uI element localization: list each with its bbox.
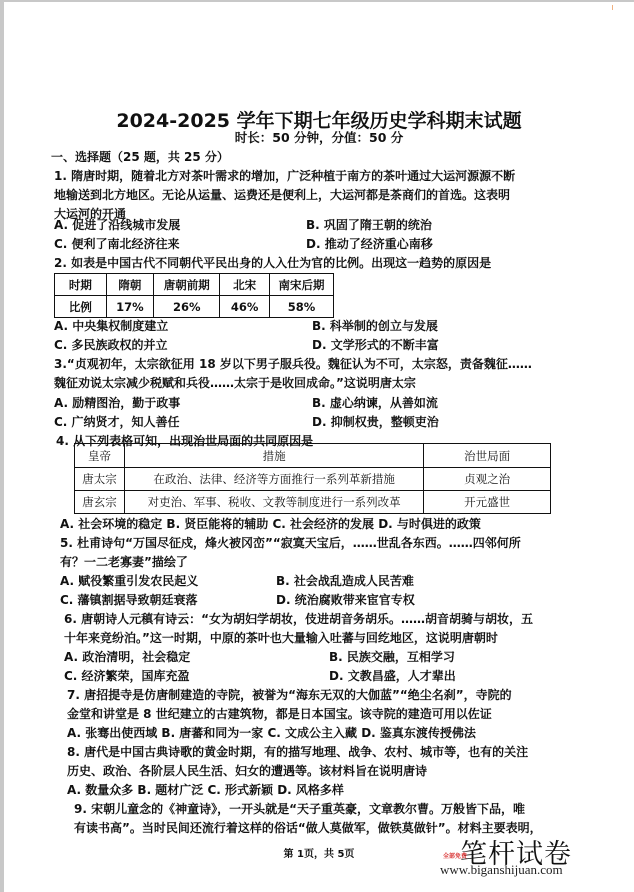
q6-option-c: C. 经济繁荣，国库充盈 <box>64 668 190 684</box>
table-cell: 唐太宗 <box>75 468 125 491</box>
q2-ratio-table: 时期 隋朝 唐朝前期 北宋 南宋后期 比例 17% 26% 46% 58% <box>54 273 334 318</box>
q1-option-b: B. 巩固了隋王朝的统治 <box>306 217 432 233</box>
table-cell: 措施 <box>124 444 423 468</box>
table-cell: 隋朝 <box>106 274 154 296</box>
table-cell: 皇帝 <box>75 444 125 468</box>
q5-option-a: A. 赋役繁重引发农民起义 <box>60 573 198 589</box>
table-cell: 比例 <box>55 296 107 318</box>
q9-stem-line: 9. 宋朝儿童念的《神童诗》，一开头就是“天子重英豪，文章教尔曹。万般皆下品，唯 <box>74 801 525 817</box>
table-cell: 唐玄宗 <box>75 491 125 514</box>
q4-reform-table: 皇帝 措施 治世局面 唐太宗 在政治、法律、经济等方面推行一系列革新措施 贞观之… <box>74 443 551 514</box>
q5-option-b: B. 社会战乱造成人民苦难 <box>276 573 414 589</box>
table-cell: 南宋后期 <box>269 274 333 296</box>
q6-option-a: A. 政治清明，社会稳定 <box>64 649 190 665</box>
q2-option-a: A. 中央集权制度建立 <box>54 318 168 334</box>
q7-stem-line: 金堂和讲堂是 8 世纪建立的古建筑物，都是日本国宝。该寺院的建造可用以佐证 <box>67 706 492 722</box>
table-row: 唐太宗 在政治、法律、经济等方面推行一系列革新措施 贞观之治 <box>75 468 551 491</box>
q3-stem-line: 3.“贞观初年，太宗欲征用 18 岁以下男子服兵役。魏征认为不可，太宗怒，责备魏… <box>54 356 532 372</box>
watermark-free-tag: 全部免费 <box>443 851 467 860</box>
table-cell: 17% <box>106 296 154 318</box>
q5-stem-line: 5. 杜甫诗句“万国尽征戍，烽火被冈峦”“寂寞天宝后，……世乱各东西。……四邻何… <box>60 535 521 551</box>
q1-option-c: C. 便利了南北经济往来 <box>54 236 180 252</box>
table-header-row: 时期 隋朝 唐朝前期 北宋 南宋后期 <box>55 274 334 296</box>
q6-option-b: B. 民族交融，互相学习 <box>329 649 455 665</box>
q1-option-a: A. 促进了沿线城市发展 <box>54 217 180 233</box>
q6-option-d: D. 文教昌盛，人才辈出 <box>329 668 456 684</box>
table-cell: 时期 <box>55 274 107 296</box>
q5-option-d: D. 统治腐败带来宦官专权 <box>276 592 415 608</box>
edge-marker <box>612 5 613 10</box>
q8-stem-line: 8. 唐代是中国古典诗歌的黄金时期，有的描写地理、战争、农村、城市等，也有的关注 <box>67 744 528 760</box>
q3-stem-line: 魏征劝说太宗减少税赋和兵役……太宗于是收回成命。”这说明唐太宗 <box>54 375 416 391</box>
table-cell: 对吏治、军事、税收、文教等制度进行一系列改革 <box>124 491 423 514</box>
table-row: 比例 17% 26% 46% 58% <box>55 296 334 318</box>
q5-option-c: C. 藩镇割据导致朝廷衰落 <box>60 592 198 608</box>
q3-option-a: A. 励精图治，勤于政事 <box>54 395 180 411</box>
table-header-row: 皇帝 措施 治世局面 <box>75 444 551 468</box>
q2-option-b: B. 科举制的创立与发展 <box>312 318 438 334</box>
q3-option-b: B. 虚心纳谏，从善如流 <box>312 395 438 411</box>
table-cell: 贞观之治 <box>424 468 551 491</box>
watermark-url[interactable]: www.biganshijuan.com <box>440 862 563 878</box>
q1-option-d: D. 推动了经济重心南移 <box>306 236 433 252</box>
q6-stem-line: 十年来竞纷泊。”这一时期，中原的茶叶也大量输入吐蕃与回纥地区，这说明唐朝时 <box>64 630 498 646</box>
table-cell: 58% <box>269 296 333 318</box>
q8-options: A. 数量众多 B. 题材广泛 C. 形式新颖 D. 风格多样 <box>67 782 344 798</box>
q2-option-d: D. 文学形式的不断丰富 <box>312 337 439 353</box>
table-cell: 26% <box>154 296 220 318</box>
table-cell: 46% <box>220 296 270 318</box>
q7-options: A. 张骞出使西域 B. 唐蕃和同为一家 C. 文成公主入藏 D. 鉴真东渡传授… <box>67 725 476 741</box>
section-heading: 一、选择题（25 题，共 25 分） <box>51 149 229 165</box>
q8-stem-line: 历史、政治、各阶层人民生活、妇女的遭遇等。该材料旨在说明唐诗 <box>67 763 427 779</box>
table-cell: 开元盛世 <box>424 491 551 514</box>
q1-stem-line: 地输送到北方地区。无论从运量、运费还是便利上，大运河都是茶商们的首选。这表明 <box>54 187 510 203</box>
table-row: 唐玄宗 对吏治、军事、税收、文教等制度进行一系列改革 开元盛世 <box>75 491 551 514</box>
table-cell: 唐朝前期 <box>154 274 220 296</box>
table-cell: 在政治、法律、经济等方面推行一系列革新措施 <box>124 468 423 491</box>
q5-stem-line: 有？一二老寡妻”描绘了 <box>60 554 188 570</box>
q4-options: A. 社会环境的稳定 B. 贤臣能将的辅助 C. 社会经济的发展 D. 与时俱进… <box>60 516 481 532</box>
q2-option-c: C. 多民族政权的并立 <box>54 337 168 353</box>
q2-stem-line: 2. 如表是中国古代不同朝代平民出身的人入仕为官的比例。出现这一趋势的原因是 <box>54 255 491 271</box>
q6-stem-line: 6. 唐朝诗人元稹有诗云：“女为胡妇学胡妆，伎进胡音务胡乐。……胡音胡骑与胡妆，… <box>64 611 533 627</box>
exam-subtitle: 时长：50 分钟，分值：50 分 <box>4 128 634 146</box>
table-cell: 北宋 <box>220 274 270 296</box>
exam-page: 2024-2025 学年下期七年级历史学科期末试题 时长：50 分钟，分值：50… <box>4 2 634 892</box>
q1-stem-line: 1. 隋唐时期，随着北方对茶叶需求的增加，广泛种植于南方的茶叶通过大运河源源不断 <box>54 168 515 184</box>
q3-option-d: D. 抑制权贵，整顿吏治 <box>312 414 439 430</box>
q7-stem-line: 7. 唐招提寺是仿唐制建造的寺院，被誉为“海东无双的大伽蓝”“绝尘名刹”，寺院的 <box>67 687 512 703</box>
q3-option-c: C. 广纳贤才，知人善任 <box>54 414 180 430</box>
table-cell: 治世局面 <box>424 444 551 468</box>
